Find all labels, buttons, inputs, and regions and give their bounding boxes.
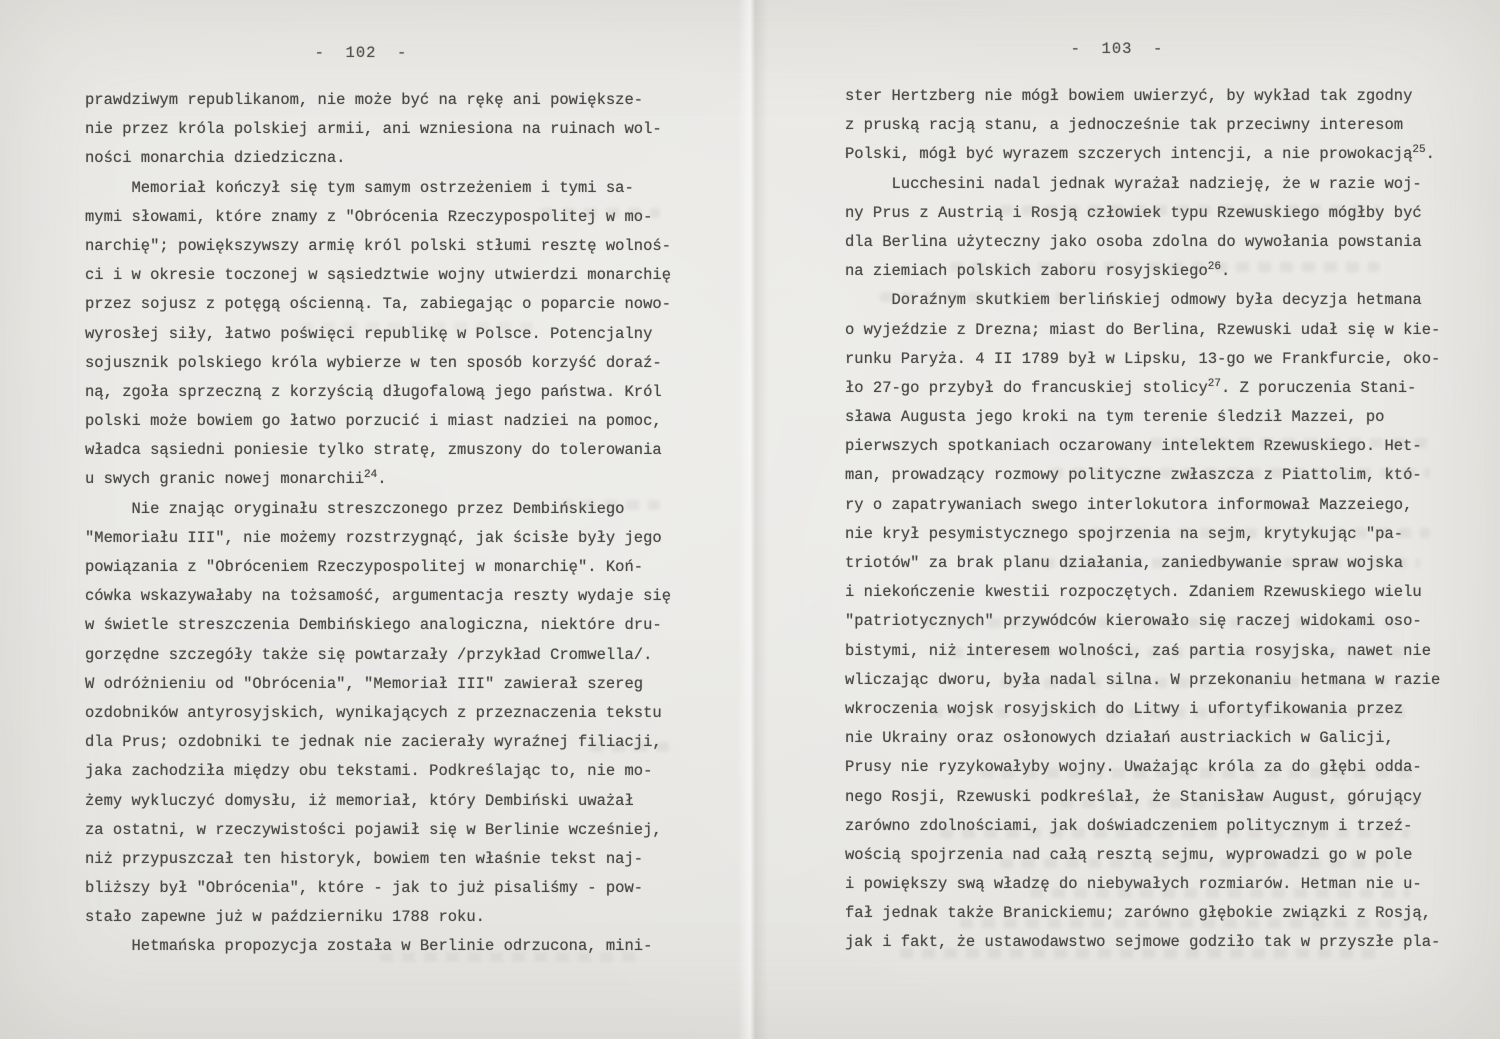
text-line: ozdobników antyrosyjskich, wynikających … bbox=[85, 699, 663, 728]
text-line: nie krył pesymistycznego spojrzenia na s… bbox=[845, 520, 1447, 549]
footnote-reference: 27 bbox=[1208, 378, 1221, 390]
text-line: z pruską racją stanu, a jednocześnie tak… bbox=[845, 111, 1447, 140]
text-line: pierwszych spotkaniach oczarowany intele… bbox=[845, 432, 1447, 461]
footnote-reference: 26 bbox=[1208, 261, 1221, 273]
text-line: triotów" za brak planu działania, zanied… bbox=[845, 549, 1447, 578]
text-line: Nie znając oryginału streszczonego przez… bbox=[85, 495, 663, 524]
text-line: ry o zapatrywaniach swego interlokutora … bbox=[845, 491, 1447, 520]
text-line: W odróżnieniu od "Obrócenia", "Memoriał … bbox=[85, 670, 663, 699]
text-line: cówka wskazywałaby na tożsamość, argumen… bbox=[85, 582, 663, 611]
text-line: sława Augusta jego kroki na tym terenie … bbox=[845, 403, 1447, 432]
text-line: przez sojusz z potęgą ościenną. Ta, zabi… bbox=[85, 290, 663, 319]
text-line: narchię"; powiększywszy armię król polsk… bbox=[85, 232, 663, 261]
text-line: niż przypuszczał ten historyk, bowiem te… bbox=[85, 845, 663, 874]
text-line: wością spojrzenia nad całą resztą sejmu,… bbox=[845, 841, 1447, 870]
text-line: jak i fakt, że ustawodawstwo sejmowe god… bbox=[845, 928, 1447, 957]
document-scan: - 102 - prawdziwym republikanom, nie moż… bbox=[0, 0, 1500, 1039]
text-line: Polski, mógł być wyrazem szczerych inten… bbox=[845, 140, 1447, 169]
text-line: ny Prus z Austrią i Rosją człowiek typu … bbox=[845, 199, 1447, 228]
page-number-left: - 102 - bbox=[85, 44, 637, 62]
text-line: nego Rosji, Rzewuski podkreślał, że Stan… bbox=[845, 783, 1447, 812]
text-line: u swych granic nowej monarchii24. bbox=[85, 465, 663, 494]
text-line: dla Prus; ozdobniki te jednak nie zacier… bbox=[85, 728, 663, 757]
text-line: za ostatni, w rzeczywistości pojawił się… bbox=[85, 816, 663, 845]
text-line: mymi słowami, które znamy z "Obrócenia R… bbox=[85, 203, 663, 232]
text-line: Doraźnym skutkiem berlińskiej odmowy był… bbox=[845, 286, 1447, 315]
text-line: polski może bowiem go łatwo porzucić i m… bbox=[85, 407, 663, 436]
text-line: Prusy nie ryzykowałyby wojny. Uważając k… bbox=[845, 753, 1447, 782]
text-line: jaka zachodziła między obu tekstami. Pod… bbox=[85, 757, 663, 786]
text-line: bistymi, niż interesem wolności, zaś par… bbox=[845, 637, 1447, 666]
text-line: władca sąsiedni poniesie tylko stratę, z… bbox=[85, 436, 663, 465]
text-line: żemy wykluczyć domysłu, iż memoriał, któ… bbox=[85, 787, 663, 816]
text-line: nie przez króla polskiej armii, ani wzni… bbox=[85, 115, 663, 144]
text-line: man, prowadzący rozmowy polityczne zwłas… bbox=[845, 461, 1447, 490]
text-line: sojusznik polskiego króla wybierze w ten… bbox=[85, 349, 663, 378]
text-line: na ziemiach polskich zaboru rosyjskiego2… bbox=[845, 257, 1447, 286]
page-text-left: prawdziwym republikanom, nie może być na… bbox=[85, 86, 663, 962]
text-line: wkroczenia wojsk rosyjskich do Litwy i u… bbox=[845, 695, 1447, 724]
text-line: Lucchesini nadal jednak wyrażał nadzieję… bbox=[845, 170, 1447, 199]
text-line: wliczając dworu, była nadal silna. W prz… bbox=[845, 666, 1447, 695]
text-line: ną, zgoła sprzeczną z korzyścią długofal… bbox=[85, 378, 663, 407]
text-line: dla Berlina użyteczny jako osoba zdolna … bbox=[845, 228, 1447, 257]
text-line: Memoriał kończył się tym samym ostrzeżen… bbox=[85, 174, 663, 203]
text-line: i powiększy swą władzę do niebywałych ro… bbox=[845, 870, 1447, 899]
text-line: w świetle streszczenia Dembińskiego anal… bbox=[85, 611, 663, 640]
text-line: runku Paryża. 4 II 1789 był w Lipsku, 13… bbox=[845, 345, 1447, 374]
page-102: - 102 - prawdziwym republikanom, nie moż… bbox=[85, 44, 663, 962]
text-line: i niekończenie kwestii rozpoczętych. Zda… bbox=[845, 578, 1447, 607]
text-line: "Memoriału III", nie możemy rozstrzygnąć… bbox=[85, 524, 663, 553]
text-line: "patriotycznych" przywódców kierowało si… bbox=[845, 607, 1447, 636]
text-line: powiązania z "Obróceniem Rzeczypospolite… bbox=[85, 553, 663, 582]
text-line: bliższy był "Obrócenia", które - jak to … bbox=[85, 874, 663, 903]
text-line: gorzędne szczegóły także się powtarzały … bbox=[85, 641, 663, 670]
page-text-right: ster Hertzberg nie mógł bowiem uwierzyć,… bbox=[845, 82, 1447, 958]
text-line: ło 27-go przybył do francuskiej stolicy2… bbox=[845, 374, 1447, 403]
footnote-reference: 24 bbox=[364, 469, 377, 481]
text-line: nie Ukrainy oraz osłonowych działań aust… bbox=[845, 724, 1447, 753]
text-line: ci i w okresie toczonej w sąsiedztwie wo… bbox=[85, 261, 663, 290]
text-line: zarówno zdolnościami, jak doświadczeniem… bbox=[845, 812, 1447, 841]
text-line: prawdziwym republikanom, nie może być na… bbox=[85, 86, 663, 115]
text-line: fał jednak także Branickiemu; zarówno gł… bbox=[845, 899, 1447, 928]
page-number-right: - 103 - bbox=[845, 40, 1389, 58]
text-line: o wyjeździe z Drezna; miast do Berlina, … bbox=[845, 316, 1447, 345]
text-line: stało zapewne już w październiku 1788 ro… bbox=[85, 903, 663, 932]
page-103: - 103 - ster Hertzberg nie mógł bowiem u… bbox=[845, 40, 1447, 958]
footnote-reference: 25 bbox=[1412, 144, 1425, 156]
text-line: wyrosłej siły, łatwo poświęci republikę … bbox=[85, 320, 663, 349]
text-line: ster Hertzberg nie mógł bowiem uwierzyć,… bbox=[845, 82, 1447, 111]
text-line: Hetmańska propozycja została w Berlinie … bbox=[85, 932, 663, 961]
text-line: ności monarchia dziedziczna. bbox=[85, 144, 663, 173]
page-fold-crease bbox=[738, 0, 768, 1039]
